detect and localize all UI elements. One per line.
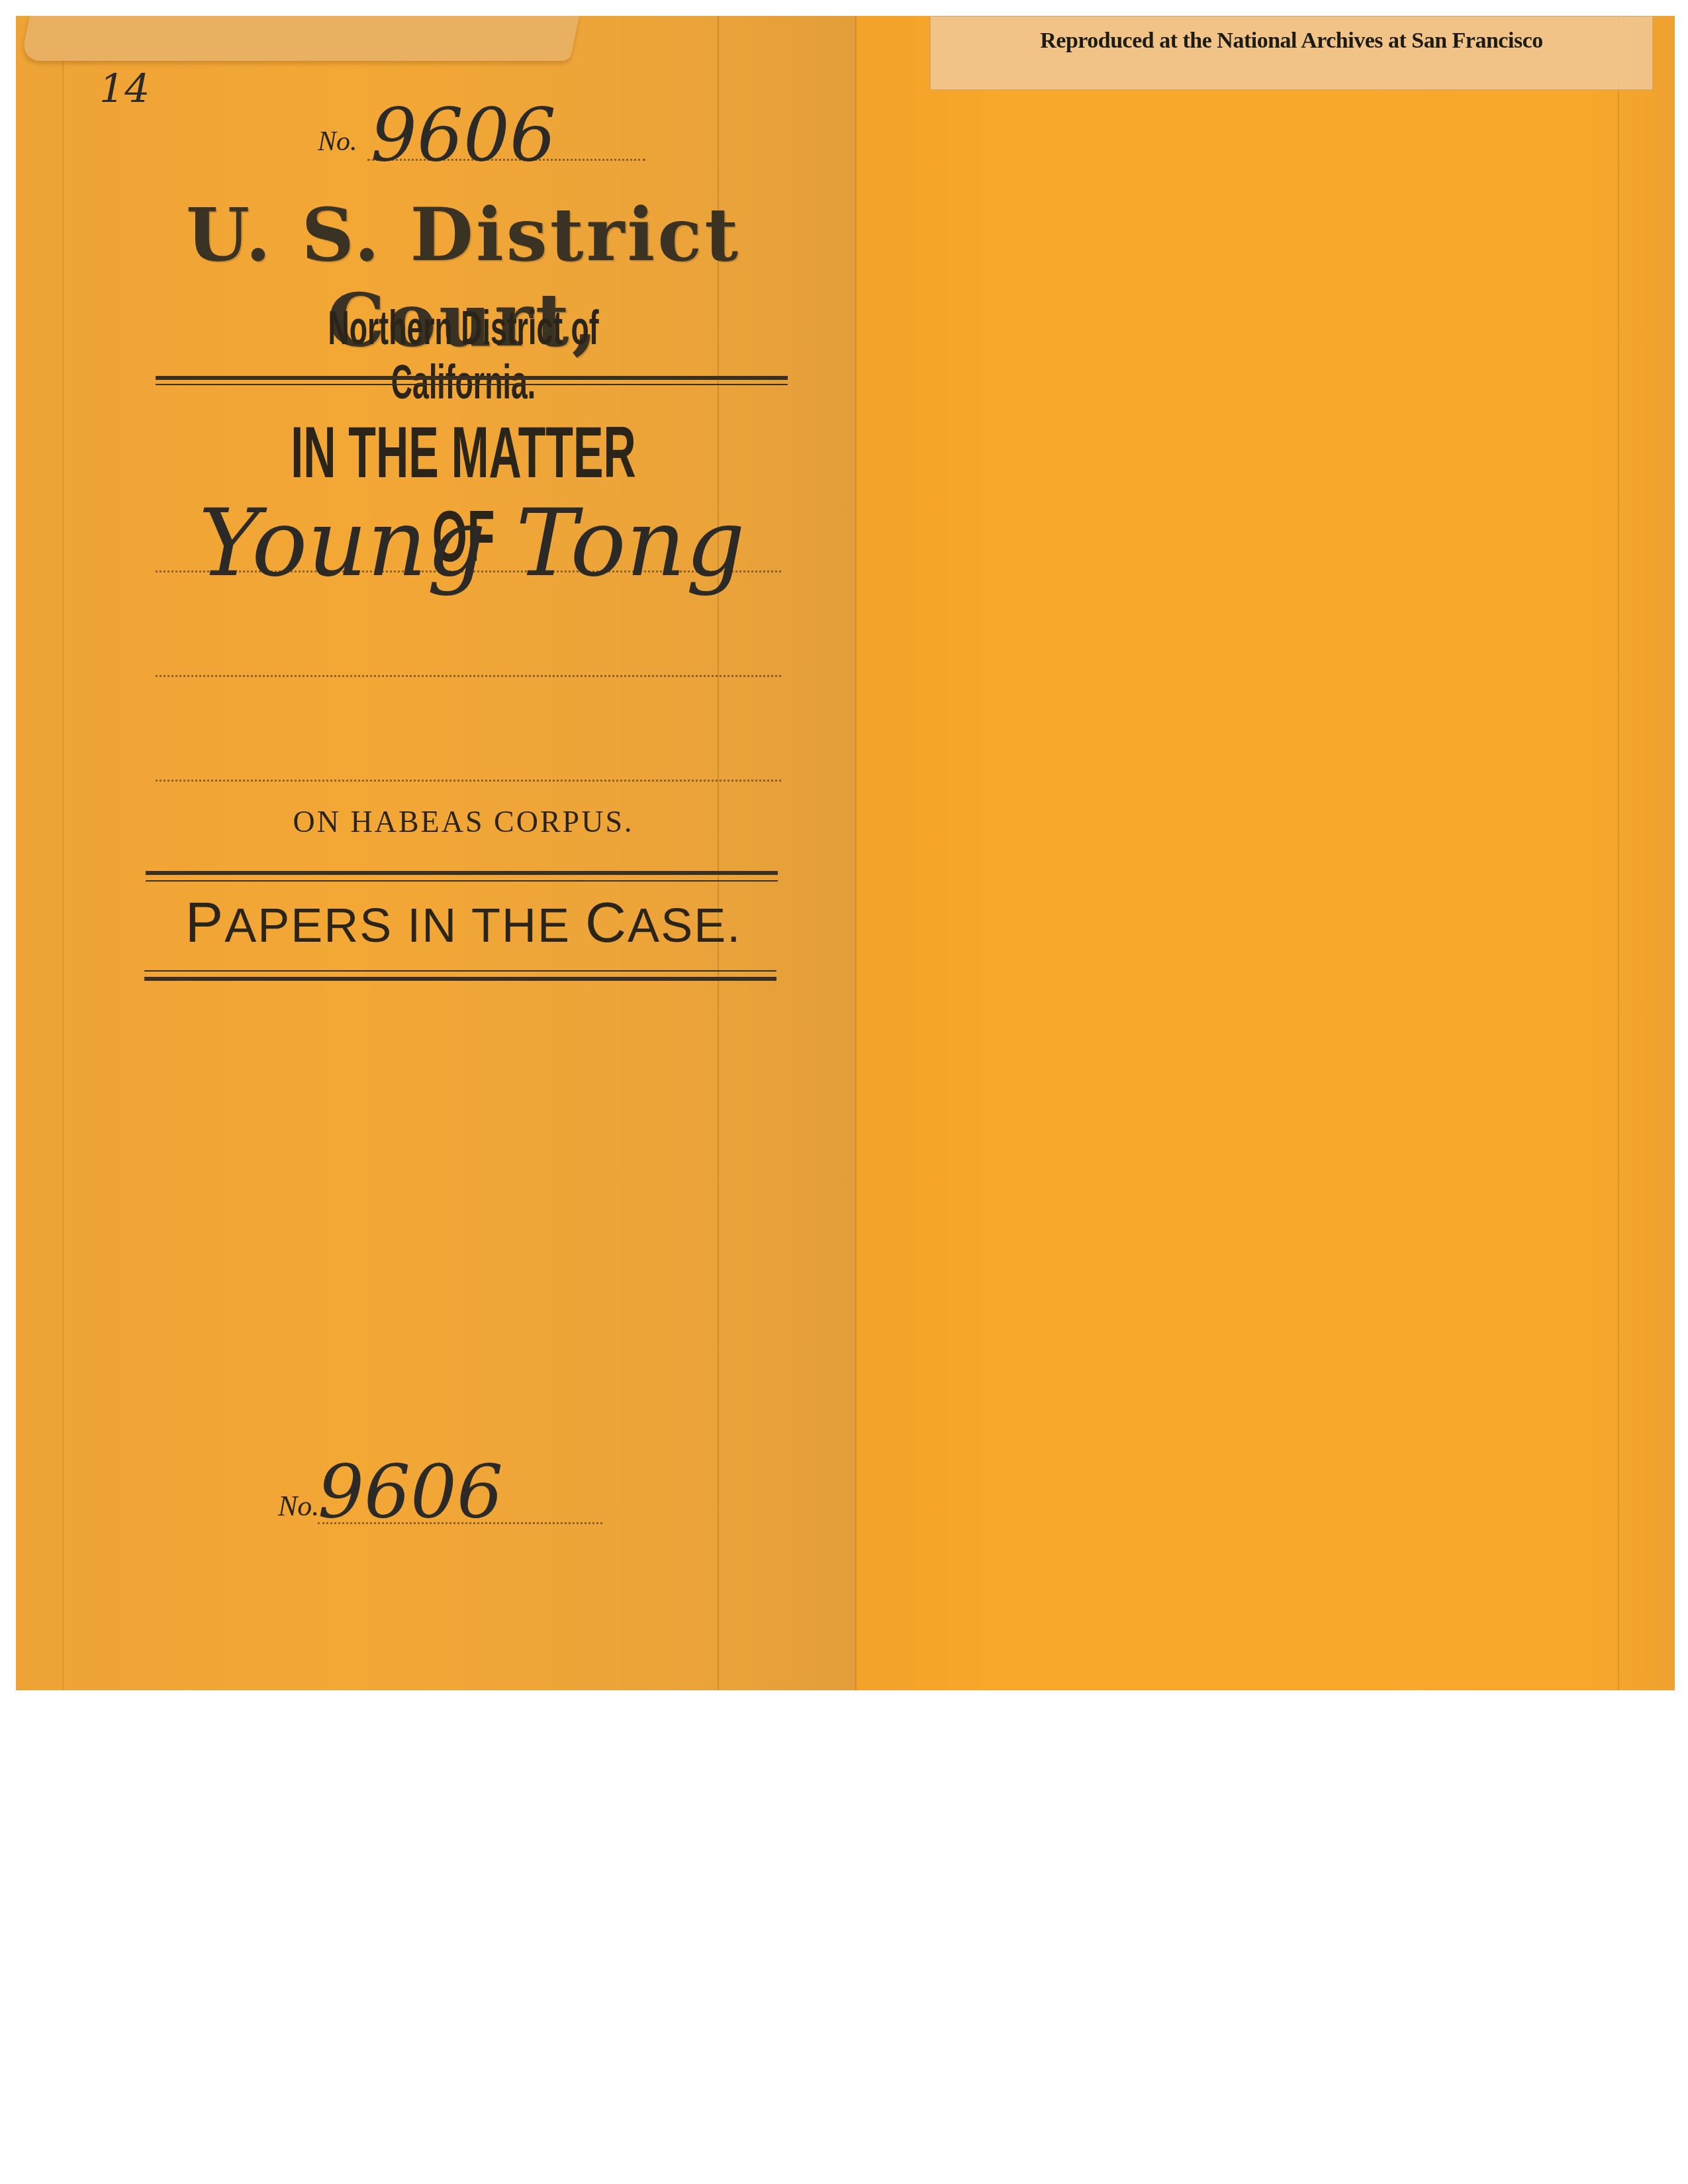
rule-thin: [156, 384, 788, 385]
papers-heading: PAPERS IN THE CASE.: [132, 890, 794, 956]
archive-label: Reproduced at the National Archives at S…: [930, 16, 1653, 90]
papers-initial: P: [185, 891, 224, 954]
case-initial: C: [585, 891, 628, 954]
archive-label-text: Reproduced at the National Archives at S…: [1040, 28, 1542, 54]
papers-rest: APERS IN THE: [224, 899, 585, 952]
panel-edge-line: [62, 16, 64, 1690]
case-rest: ASE.: [628, 899, 741, 952]
spine-fold: [855, 16, 857, 1690]
name-dotline-3: [156, 780, 781, 782]
case-number-prefix: No.: [318, 126, 357, 158]
case-number-value: 9606: [371, 93, 556, 177]
panel-edge-line-right: [1618, 16, 1619, 1690]
rule-thick: [156, 376, 788, 380]
case-number-bottom-dotline: [318, 1522, 602, 1524]
case-number-bottom: No. 9606: [278, 1449, 622, 1542]
rule-thick-3: [144, 977, 776, 981]
court-district: Northern District of California.: [258, 301, 669, 410]
proceeding-type: ON HABEAS CORPUS.: [293, 805, 634, 839]
name-dotline-2: [156, 675, 781, 677]
back-panel: [855, 16, 1675, 1690]
torn-top-flap: [21, 16, 579, 61]
margin-note: 14: [99, 66, 150, 113]
district-block: Northern District of California.: [132, 301, 794, 410]
rule-thin-3: [144, 970, 776, 972]
case-number-bottom-prefix: No.: [278, 1489, 319, 1523]
case-number-top: No. 9606: [318, 99, 649, 165]
party-name: Young Tong: [199, 490, 745, 598]
proceeding-block: ON HABEAS CORPUS.: [132, 804, 794, 839]
case-number-bottom-value: 9606: [318, 1449, 503, 1534]
rule-thick-2: [146, 871, 778, 875]
name-dotline-1: [156, 570, 781, 572]
case-number-dotline: [367, 159, 645, 161]
rule-thin-2: [146, 880, 778, 882]
